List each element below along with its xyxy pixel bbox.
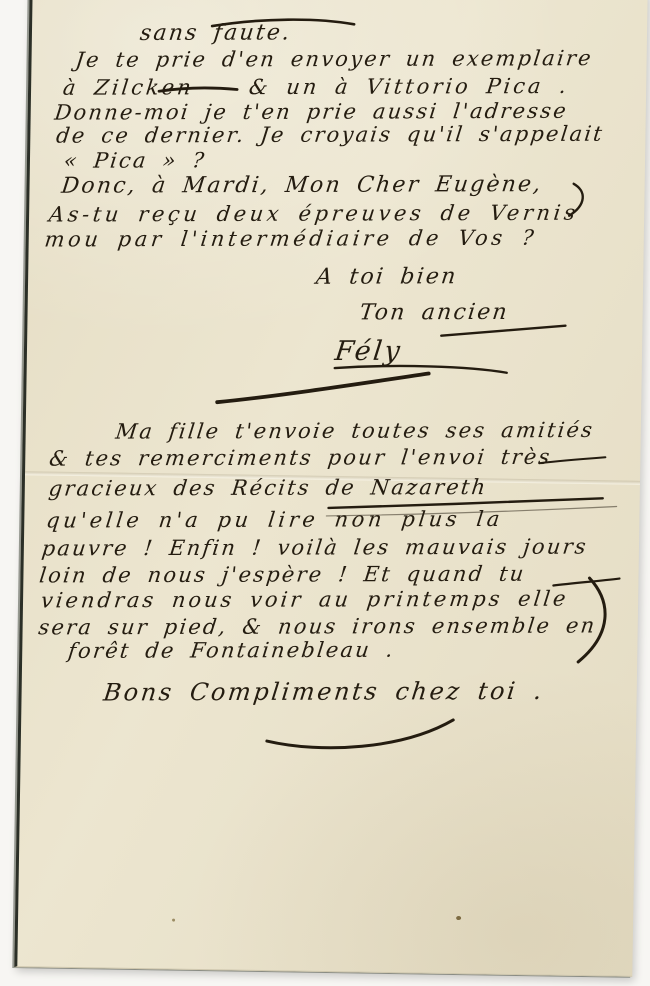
handwritten-line-2: Je te prie d'en envoyer un exemplaire: [74, 46, 594, 72]
paper-speck: [456, 916, 461, 920]
postscript-compliments-line: Bons Compliments chez toi .: [102, 677, 546, 707]
handwritten-line-1: sans faute.: [138, 20, 292, 46]
handwritten-line-13: Ma fille t'envoie toutes ses amitiés: [114, 418, 595, 444]
signature: Fély: [333, 336, 404, 367]
handwritten-line-19: viendras nous voir au printemps elle: [40, 587, 570, 613]
closing-line-2: Ton ancien: [358, 300, 510, 326]
handwritten-line-5: de ce dernier. Je croyais qu'il s'appela…: [55, 122, 605, 148]
signature-underline-flourish: [217, 370, 428, 405]
tu-t-bar-flourish: [553, 578, 619, 587]
handwritten-line-8: As-tu reçu deux épreuves de Vernis: [48, 201, 580, 227]
handwritten-line-20: sera sur pied, & nous irons ensemble en: [37, 613, 598, 639]
letter-page: sans faute. Je te prie d'en envoyer un e…: [14, 0, 647, 977]
scan-background: sans faute. Je te prie d'en envoyer un e…: [0, 0, 650, 986]
paper-speck: [172, 919, 175, 922]
handwritten-line-15: gracieux des Récits de Nazareth: [47, 475, 488, 501]
handwritten-line-6: « Pica » ?: [63, 148, 208, 173]
handwritten-line-4: Donne-moi je t'en prie aussi l'adresse: [53, 99, 569, 125]
closing-line: A toi bien: [315, 264, 459, 290]
handwritten-line-17: pauvre ! Enfin ! voilà les mauvais jours: [40, 535, 589, 561]
handwritten-line-16: qu'elle n'a pu lire non plus la: [45, 507, 505, 533]
handwritten-line-7: Donc, à Mardi, Mon Cher Eugène,: [60, 172, 544, 199]
handwritten-line-3: à Zilcken — & un à Vittorio Pica .: [62, 74, 571, 100]
ancien-tail-flourish: [441, 324, 565, 338]
compliments-underline-flourish: [267, 717, 453, 750]
handwritten-line-18: loin de nous j'espère ! Et quand tu: [38, 562, 527, 588]
handwritten-line-14: & tes remerciments pour l'envoi très: [48, 445, 553, 471]
handwritten-line-21: forêt de Fontainebleau .: [67, 638, 396, 663]
handwritten-line-9: mou par l'intermédiaire de Vos ?: [43, 226, 538, 252]
